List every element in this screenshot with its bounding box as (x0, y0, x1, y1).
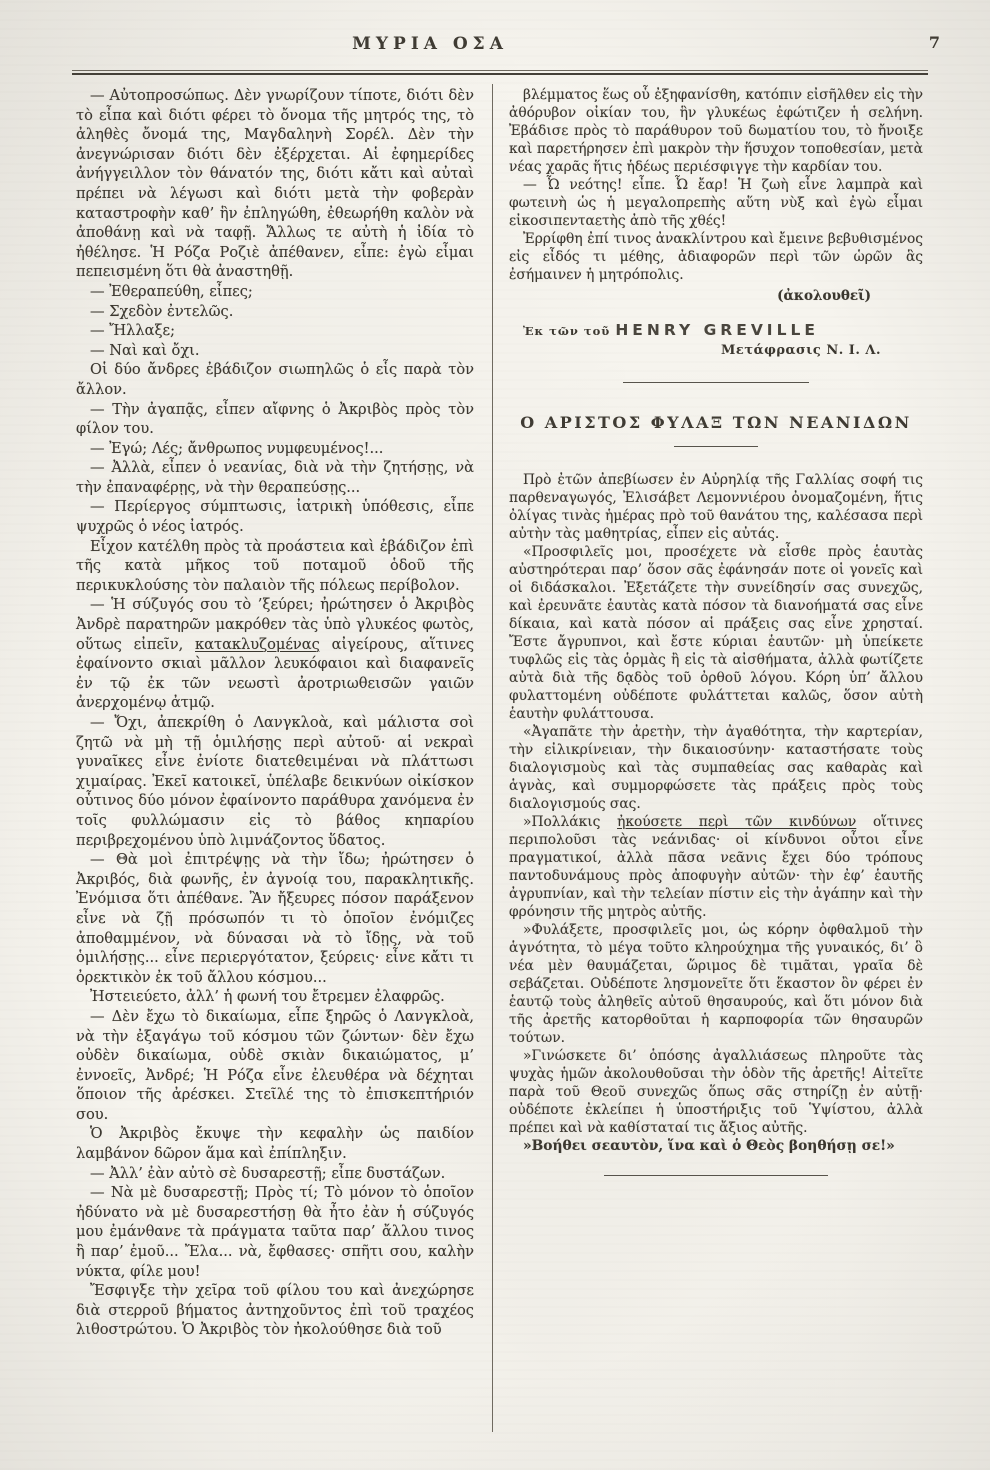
article-body: Πρὸ ἐτῶν ἀπεβίωσεν ἐν Αὐρηλίᾳ τῆς Γαλλία… (509, 471, 923, 1155)
translator-credit: Μετάφρασις Ν. Ι. Λ. (509, 343, 923, 358)
article-title-rule (674, 446, 758, 447)
byline-prefix: Ἐκ τῶν τοῦ (523, 324, 610, 338)
article-closing-line: »Βοήθει σεαυτὸν, ἵνα καὶ ὁ Θεὸς βοηθήσῃ … (509, 1137, 923, 1155)
serial-left-dialogue: — Περίεργος σύμπτωσις, ἰατρικὴ ὑπόθεσις,… (76, 497, 474, 536)
serial-left-paragraph: Ἔσφιγξε τὴν χεῖρα τοῦ φίλου του καὶ ἀνεχ… (76, 1281, 474, 1340)
underlined-annotation: ἠκούσετε περὶ τῶν κινδύνων (617, 814, 856, 830)
serial-left-dialogue: — Νὰ μὲ δυσαρεστῇ; Πρὸς τί; Τὸ μόνον τὸ … (76, 1183, 474, 1281)
column-divider (492, 84, 493, 1432)
serial-left-paragraph: Οἱ δύο ἄνδρες ἐβάδιζον σιωπηλῶς ὁ εἷς πα… (76, 360, 474, 399)
article-paragraph: «Προσφιλεῖς μοι, προσέχετε νὰ εἶσθε πρὸς… (509, 543, 923, 723)
serial-left-dialogue: — Ἐγώ; Λές; ἄνθρωπος νυμφευμένος!... (76, 439, 474, 459)
continuation-note: (ἀκολουθεῖ) (509, 288, 923, 304)
serial-left-dialogue: — Ἀλλ’ ἐὰν αὐτὸ σὲ δυσαρεστῇ; εἶπε δυστά… (76, 1164, 474, 1184)
serial-right-paragraph: Ἐρρίφθη ἐπί τινος ἀνακλίντρου καὶ ἔμεινε… (509, 230, 923, 284)
article-paragraph: »Γινώσκετε δι’ ὁπόσης ἀγαλλιάσεως πληροῦ… (509, 1047, 923, 1137)
article-paragraph: Πρὸ ἐτῶν ἀπεβίωσεν ἐν Αὐρηλίᾳ τῆς Γαλλία… (509, 471, 923, 543)
masthead-title: ΜΥΡΙΑ ΟΣΑ (200, 34, 660, 54)
serial-left-dialogue: — Δὲν ἔχω τὸ δικαίωμα, εἶπε ξηρῶς ὁ Λανγ… (76, 1007, 474, 1125)
right-column: βλέμματος ἕως οὗ ἐξηφανίσθη, κατόπιν εἰσ… (509, 86, 923, 1176)
serial-left-dialogue: — Ὄχι, ἀπεκρίθη ὁ Λανγκλοὰ, καὶ μάλιστα … (76, 713, 474, 850)
serial-right-paragraph: βλέμματος ἕως οὗ ἐξηφανίσθη, κατόπιν εἰσ… (509, 86, 923, 176)
serial-left-dialogue: — Σχεδὸν ἐντελῶς. (76, 302, 474, 322)
article-paragraph: «Ἀγαπᾶτε τὴν ἀρετὴν, τὴν ἀγαθότητα, τὴν … (509, 723, 923, 813)
serial-left-dialogue: — Ἀλλὰ, εἶπεν ὁ νεανίας, διὰ νὰ τὴν ζητή… (76, 458, 474, 497)
serial-left-paragraph: — Ἡ σύζυγός σου τὸ ’ξεύρει; ἠρώτησεν ὁ Ἀ… (76, 595, 474, 713)
scanned-magazine-page: ΜΥΡΙΑ ΟΣΑ 7 — Αὐτοπροσώπως. Δὲν γνωρίζου… (0, 0, 990, 1470)
underlined-annotation: κατακλυζομένας (195, 636, 320, 653)
serial-left-dialogue: — Ναὶ καὶ ὄχι. (76, 341, 474, 361)
article-paragraph: »Πολλάκις ἠκούσετε περὶ τῶν κινδύνων οἵτ… (509, 813, 923, 921)
page-number: 7 (929, 33, 940, 52)
header-rule-thin (72, 70, 928, 71)
story-byline: Ἐκ τῶν τοῦ HENRY GREVILLE (509, 320, 923, 339)
serial-left-paragraph: Ὁ Ἀκριβὸς ἔκυψε τὴν κεφαλὴν ὡς παιδίον λ… (76, 1124, 474, 1163)
left-column: — Αὐτοπροσώπως. Δὲν γνωρίζουν τίποτε, δι… (76, 86, 474, 1340)
article-end-rule (604, 1175, 828, 1176)
serial-left-dialogue: — Ἤλλαξε; (76, 321, 474, 341)
serial-right-dialogue: — Ὦ νεότης! εἶπε. Ὦ ἔαρ! Ἡ ζωὴ εἶνε λαμπ… (509, 176, 923, 230)
serial-left-dialogue: — Ἐθεραπεύθη, εἶπες; (76, 282, 474, 302)
byline-author: HENRY GREVILLE (615, 321, 819, 339)
serial-left-paragraph: — Αὐτοπροσώπως. Δὲν γνωρίζουν τίποτε, δι… (76, 86, 474, 282)
serial-left-dialogue: — Θὰ μοὶ ἐπιτρέψῃς νὰ τὴν ἴδω; ἠρώτησεν … (76, 850, 474, 987)
serial-left-dialogue: — Τὴν ἀγαπᾷς, εἶπεν αἴφνης ὁ Ἀκριβὸς πρὸ… (76, 400, 474, 439)
article-paragraph: »Φυλάξετε, προσφιλεῖς μοι, ὡς κόρην ὀφθα… (509, 921, 923, 1047)
article-title: Ο ΑΡΙΣΤΟΣ ΦΥΛΑΞ ΤΩΝ ΝΕΑΝΙΔΩΝ (509, 413, 923, 432)
header-rule-thick (72, 73, 928, 75)
paragraph-text: »Πολλάκις (523, 814, 617, 830)
section-separator-rule (623, 382, 809, 383)
serial-left-paragraph: Ἠστειεύετο, ἀλλ’ ἡ φωνή του ἔτρεμεν ἐλαφ… (76, 987, 474, 1007)
serial-left-paragraph: Εἶχον κατέλθη πρὸς τὰ προάστεια καὶ ἐβάδ… (76, 537, 474, 596)
